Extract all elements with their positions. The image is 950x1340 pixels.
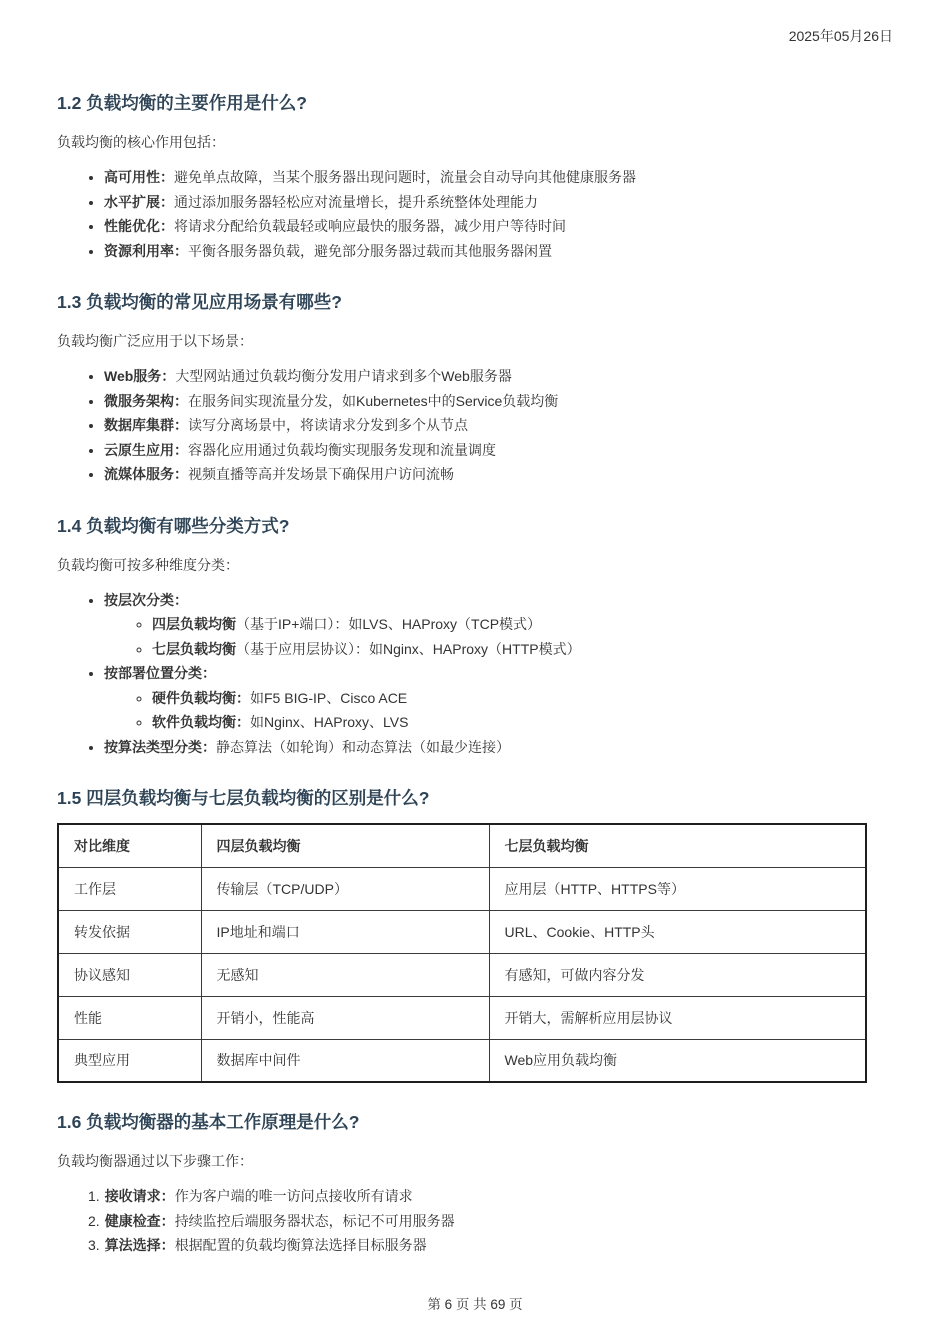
item-label: 七层负载均衡 [152,641,236,657]
table-cell: 典型应用 [58,1039,201,1082]
item-label: 数据库集群： [104,417,188,433]
section-intro-1-4: 负载均衡可按多种维度分类： [57,557,893,574]
section-intro-1-2: 负载均衡的核心作用包括： [57,134,893,151]
table-row: 工作层 传输层（TCP/UDP） 应用层（HTTP、HTTPS等） [58,867,866,910]
list-item: 性能优化：将请求分配给负载最轻或响应最快的服务器，减少用户等待时间 [104,214,893,239]
item-text: 避免单点故障，当某个服务器出现问题时，流量会自动导向其他健康服务器 [174,169,636,185]
list-item: Web服务：大型网站通过负载均衡分发用户请求到多个Web服务器 [104,364,893,389]
table-cell: 工作层 [58,867,201,910]
item-text: 容器化应用通过负载均衡实现服务发现和流量调度 [188,442,496,458]
item-text: 在服务间实现流量分发，如Kubernetes中的Service负载均衡 [188,393,558,409]
list-item: 数据库集群：读写分离场景中，将读请求分发到多个从节点 [104,413,893,438]
item-label: 健康检查： [105,1213,175,1229]
list-item: 按部署位置分类： 硬件负载均衡：如F5 BIG-IP、Cisco ACE 软件负… [104,661,893,735]
sub-bullet-list: 四层负载均衡（基于IP+端口）：如LVS、HAProxy（TCP模式） 七层负载… [104,612,893,661]
bullet-list-1-2: 高可用性：避免单点故障，当某个服务器出现问题时，流量会自动导向其他健康服务器 水… [57,165,893,263]
item-label: 四层负载均衡 [152,616,236,632]
item-text: 持续监控后端服务器状态，标记不可用服务器 [175,1213,455,1229]
item-text: 如F5 BIG-IP、Cisco ACE [250,690,407,706]
table-cell: 有感知，可做内容分发 [489,953,866,996]
item-label: 按算法类型分类： [104,739,216,755]
table-row: 性能 开销小，性能高 开销大，需解析应用层协议 [58,996,866,1039]
item-text: 大型网站通过负载均衡分发用户请求到多个Web服务器 [175,368,512,384]
table-cell: 无感知 [201,953,489,996]
item-label: 硬件负载均衡： [152,690,250,706]
sub-list-item: 硬件负载均衡：如F5 BIG-IP、Cisco ACE [152,686,893,711]
list-item: 流媒体服务：视频直播等高并发场景下确保用户访问流畅 [104,462,893,487]
item-label: Web服务： [104,368,175,384]
list-item: 按层次分类： 四层负载均衡（基于IP+端口）：如LVS、HAProxy（TCP模… [104,588,893,662]
item-text: 作为客户端的唯一访问点接收所有请求 [175,1188,413,1204]
item-label: 软件负载均衡： [152,714,250,730]
item-text: 静态算法（如轮询）和动态算法（如最少连接） [216,739,510,755]
item-label: 高可用性： [104,169,174,185]
table-header-cell: 四层负载均衡 [201,824,489,867]
item-text: （基于IP+端口）：如LVS、HAProxy（TCP模式） [236,616,541,632]
table-cell: IP地址和端口 [201,910,489,953]
document-page: 2025年05月26日 1.2 负载均衡的主要作用是什么? 负载均衡的核心作用包… [0,0,950,1258]
ordered-list-item: 3.算法选择：根据配置的负载均衡算法选择目标服务器 [88,1233,893,1258]
item-number: 2. [88,1213,100,1229]
list-item: 高可用性：避免单点故障，当某个服务器出现问题时，流量会自动导向其他健康服务器 [104,165,893,190]
table-cell: 开销大，需解析应用层协议 [489,996,866,1039]
table-cell: 传输层（TCP/UDP） [201,867,489,910]
sub-list-item: 软件负载均衡：如Nginx、HAProxy、LVS [152,710,893,735]
table-header-row: 对比维度 四层负载均衡 七层负载均衡 [58,824,866,867]
item-text: 通过添加服务器轻松应对流量增长，提升系统整体处理能力 [174,194,538,210]
list-item: 资源利用率：平衡各服务器负载，避免部分服务器过载而其他服务器闲置 [104,239,893,264]
section-heading-1-3: 1.3 负载均衡的常见应用场景有哪些? [57,291,893,313]
comparison-table: 对比维度 四层负载均衡 七层负载均衡 工作层 传输层（TCP/UDP） 应用层（… [57,823,867,1083]
item-label: 资源利用率： [104,243,188,259]
item-number: 3. [88,1237,100,1253]
section-intro-1-3: 负载均衡广泛应用于以下场景： [57,333,893,350]
item-text: 平衡各服务器负载，避免部分服务器过载而其他服务器闲置 [188,243,552,259]
list-item: 云原生应用：容器化应用通过负载均衡实现服务发现和流量调度 [104,438,893,463]
item-text: （基于应用层协议）：如Nginx、HAProxy（HTTP模式） [236,641,581,657]
table-cell: 开销小，性能高 [201,996,489,1039]
table-row: 协议感知 无感知 有感知，可做内容分发 [58,953,866,996]
list-item: 水平扩展：通过添加服务器轻松应对流量增长，提升系统整体处理能力 [104,190,893,215]
table-cell: 转发依据 [58,910,201,953]
list-item: 微服务架构：在服务间实现流量分发，如Kubernetes中的Service负载均… [104,389,893,414]
table-cell: URL、Cookie、HTTP头 [489,910,866,953]
table-cell: 应用层（HTTP、HTTPS等） [489,867,866,910]
section-intro-1-6: 负载均衡器通过以下步骤工作： [57,1153,893,1170]
table-cell: 协议感知 [58,953,201,996]
item-label: 按部署位置分类： [104,665,216,681]
table-cell: Web应用负载均衡 [489,1039,866,1082]
page-number-indicator: 第 6 页 共 69 页 [0,1293,950,1313]
sub-list-item: 四层负载均衡（基于IP+端口）：如LVS、HAProxy（TCP模式） [152,612,893,637]
section-heading-1-6: 1.6 负载均衡器的基本工作原理是什么? [57,1111,893,1133]
table-cell: 数据库中间件 [201,1039,489,1082]
item-label: 云原生应用： [104,442,188,458]
item-text: 如Nginx、HAProxy、LVS [250,714,408,730]
item-number: 1. [88,1188,100,1204]
item-text: 读写分离场景中，将读请求分发到多个从节点 [188,417,468,433]
section-heading-1-4: 1.4 负载均衡有哪些分类方式? [57,515,893,537]
ordered-list-1-6: 1.接收请求：作为客户端的唯一访问点接收所有请求 2.健康检查：持续监控后端服务… [88,1184,893,1258]
item-label: 算法选择： [105,1237,175,1253]
item-text: 根据配置的负载均衡算法选择目标服务器 [175,1237,427,1253]
bullet-list-1-3: Web服务：大型网站通过负载均衡分发用户请求到多个Web服务器 微服务架构：在服… [57,364,893,487]
sub-bullet-list: 硬件负载均衡：如F5 BIG-IP、Cisco ACE 软件负载均衡：如Ngin… [104,686,893,735]
item-label: 按层次分类： [104,592,188,608]
item-label: 流媒体服务： [104,466,188,482]
item-label: 微服务架构： [104,393,188,409]
bullet-list-1-4: 按层次分类： 四层负载均衡（基于IP+端口）：如LVS、HAProxy（TCP模… [57,588,893,760]
table-cell: 性能 [58,996,201,1039]
item-label: 水平扩展： [104,194,174,210]
ordered-list-item: 1.接收请求：作为客户端的唯一访问点接收所有请求 [88,1184,893,1209]
item-text: 将请求分配给负载最轻或响应最快的服务器，减少用户等待时间 [174,218,566,234]
table-row: 典型应用 数据库中间件 Web应用负载均衡 [58,1039,866,1082]
table-header-cell: 对比维度 [58,824,201,867]
ordered-list-item: 2.健康检查：持续监控后端服务器状态，标记不可用服务器 [88,1209,893,1234]
item-label: 性能优化： [104,218,174,234]
section-heading-1-5: 1.5 四层负载均衡与七层负载均衡的区别是什么? [57,787,893,809]
item-label: 接收请求： [105,1188,175,1204]
table-row: 转发依据 IP地址和端口 URL、Cookie、HTTP头 [58,910,866,953]
item-text: 视频直播等高并发场景下确保用户访问流畅 [188,466,454,482]
section-heading-1-2: 1.2 负载均衡的主要作用是什么? [57,92,893,114]
document-date: 2025年05月26日 [57,26,893,46]
sub-list-item: 七层负载均衡（基于应用层协议）：如Nginx、HAProxy（HTTP模式） [152,637,893,662]
table-header-cell: 七层负载均衡 [489,824,866,867]
list-item: 按算法类型分类：静态算法（如轮询）和动态算法（如最少连接） [104,735,893,760]
